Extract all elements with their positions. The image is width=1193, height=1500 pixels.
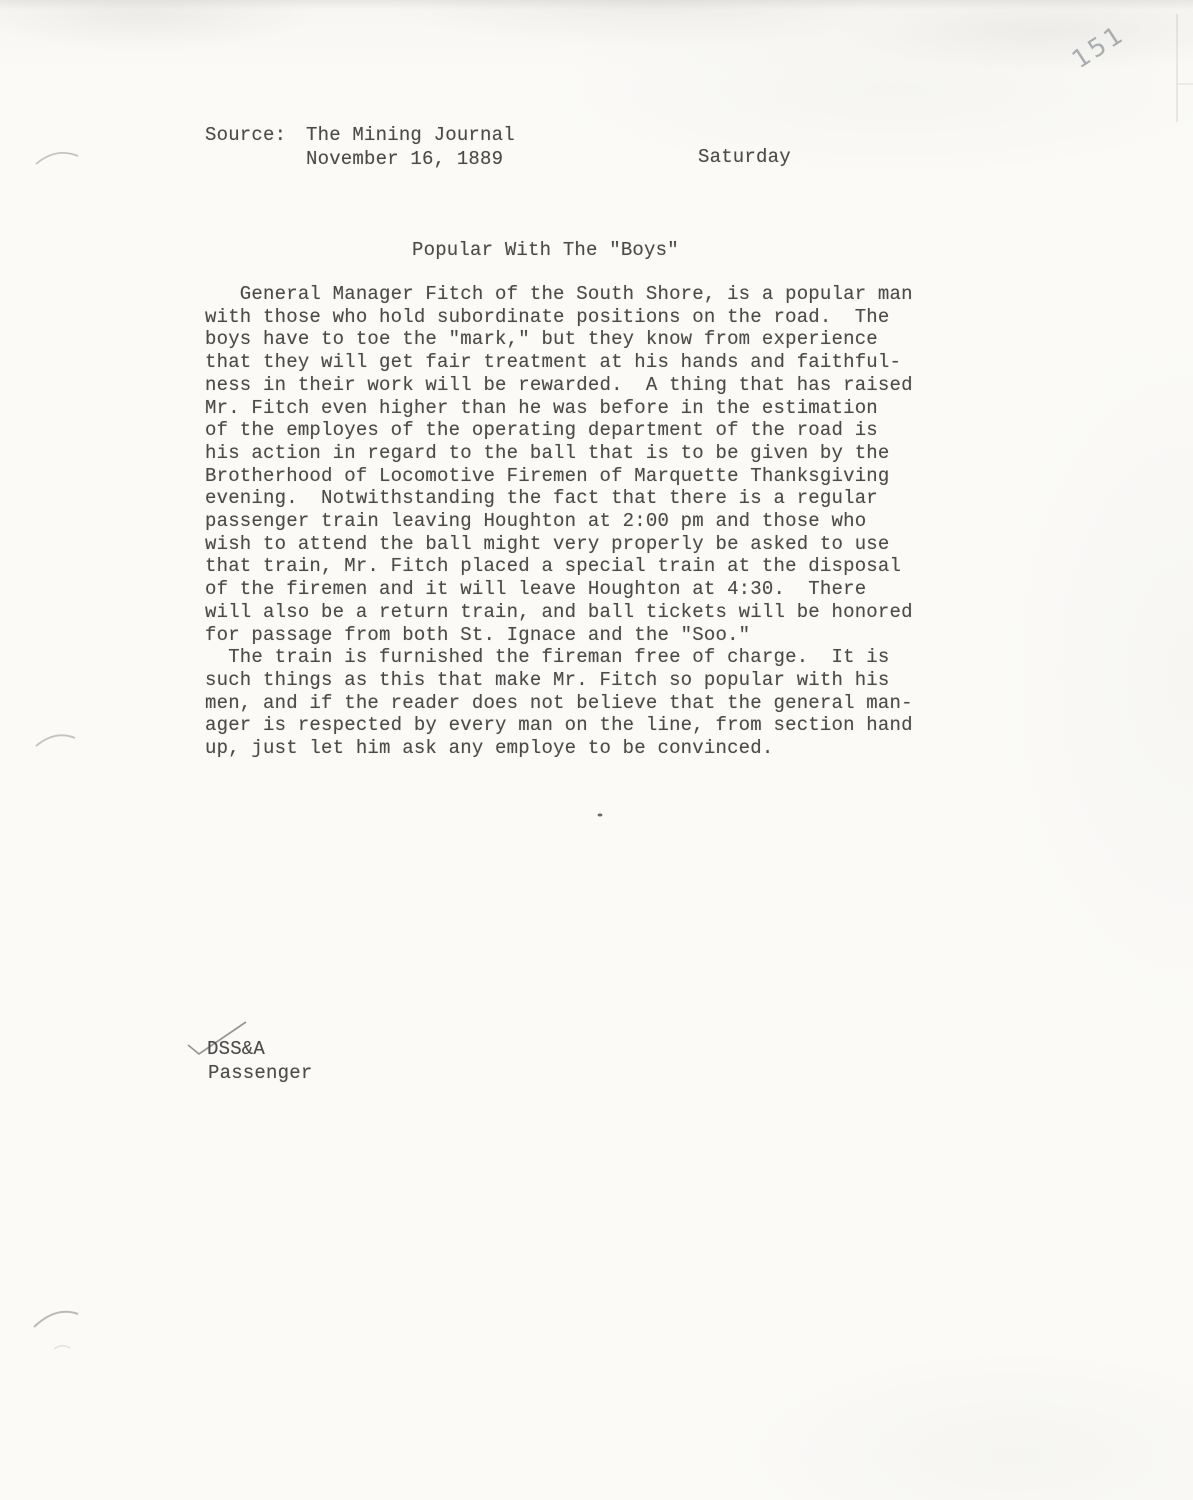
weekday-label: Saturday: [698, 148, 791, 167]
footer-category-label: Passenger: [208, 1064, 312, 1083]
handwritten-page-number: 151: [1067, 19, 1130, 74]
publication-name: The Mining Journal: [306, 126, 515, 145]
pencil-arc-mark-middle: [36, 735, 75, 746]
article-title: Popular With The "Boys": [412, 241, 679, 260]
publication-date: November 16, 1889: [306, 150, 503, 169]
scanned-document-page: 151 Source: The Mining Journal November …: [0, 0, 1193, 1500]
footer-railroad-abbreviation: DSS&A: [207, 1040, 265, 1059]
source-label: Source:: [205, 126, 286, 145]
pencil-arc-mark-top: [36, 153, 78, 164]
ink-speck: [598, 814, 603, 817]
pencil-arc-mark-bottom: [34, 1312, 78, 1327]
article-body: General Manager Fitch of the South Shore…: [205, 283, 913, 760]
pencil-smudge-mark: [54, 1346, 70, 1349]
